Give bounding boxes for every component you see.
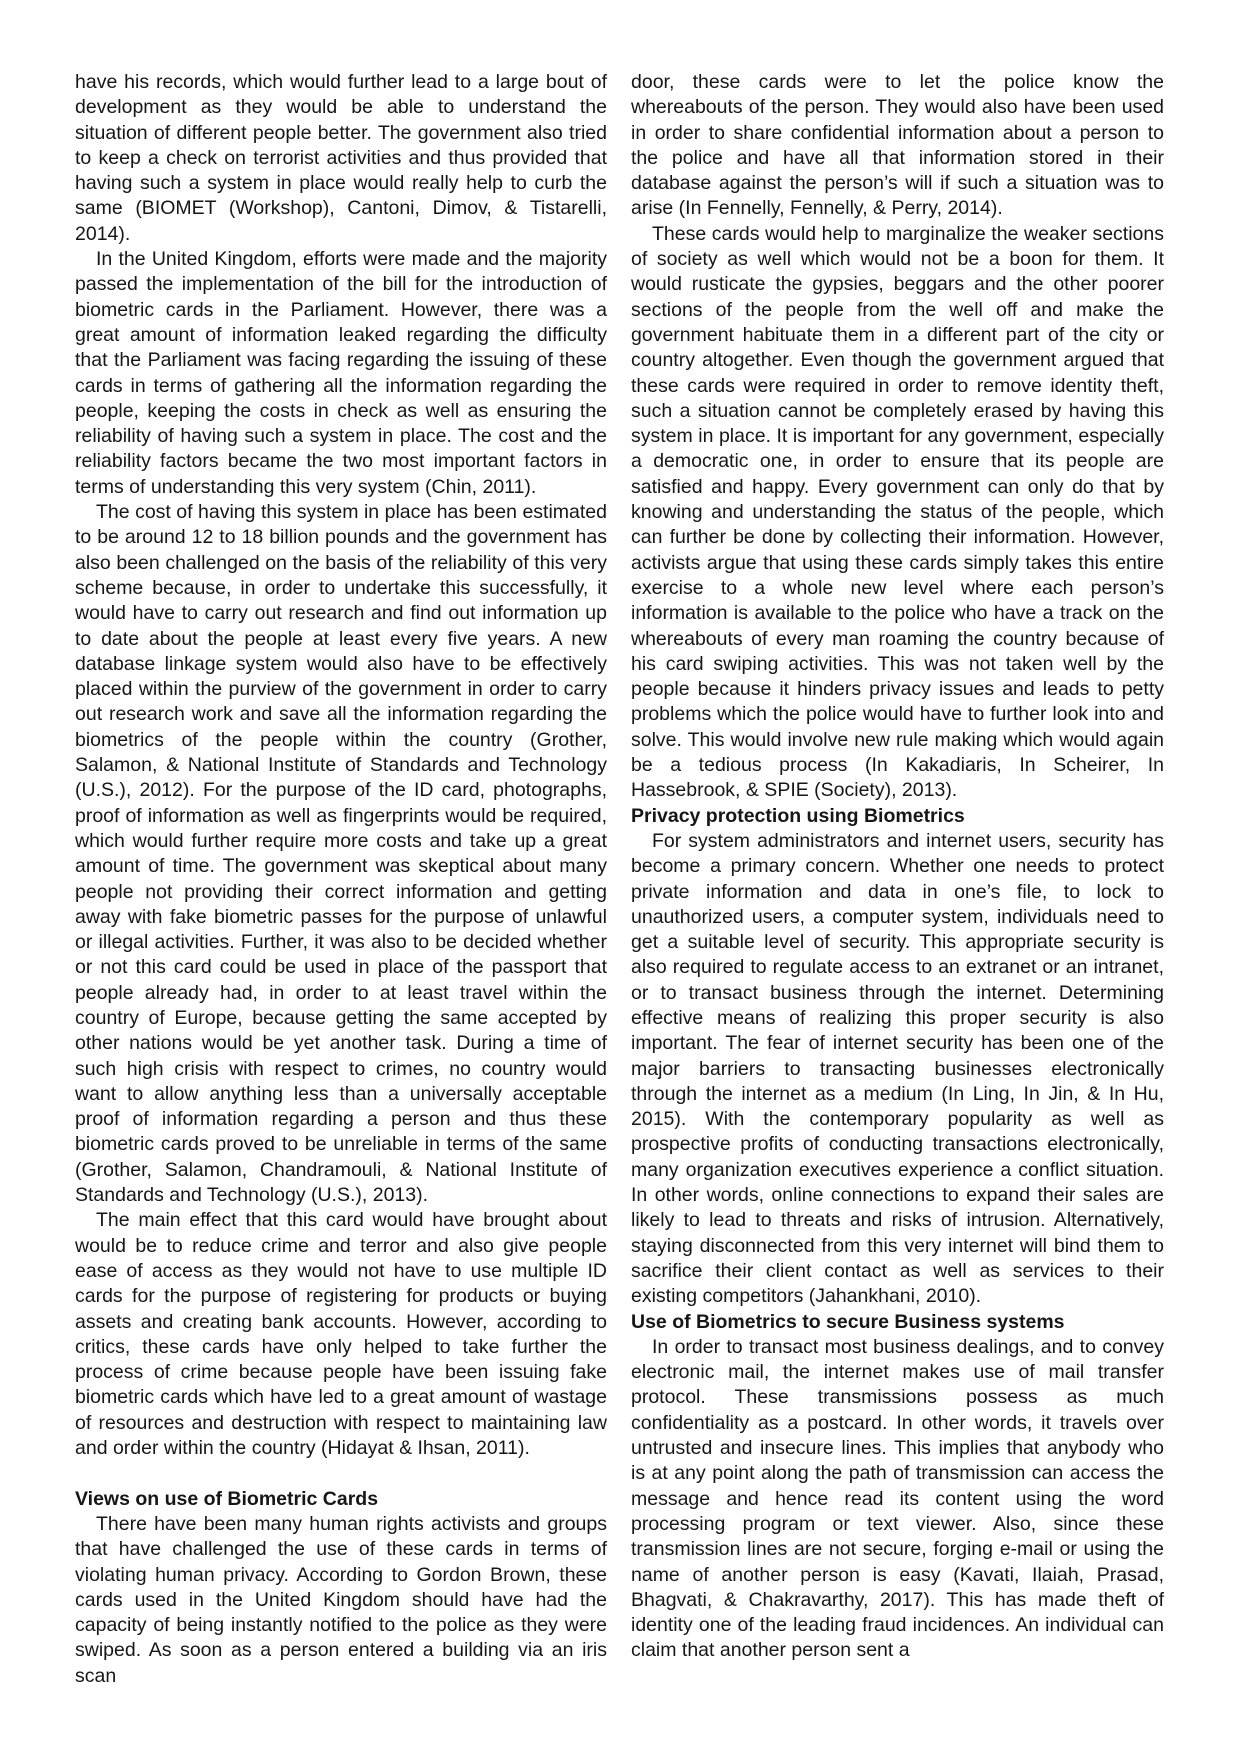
paragraph: have his records, which would further le… <box>75 70 607 247</box>
column-left: have his records, which would further le… <box>75 70 607 1689</box>
document-page: have his records, which would further le… <box>0 0 1241 1754</box>
paragraph: door, these cards were to let the police… <box>631 70 1164 222</box>
paragraph: There have been many human rights activi… <box>75 1512 607 1689</box>
section-heading: Views on use of Biometric Cards <box>75 1487 607 1512</box>
paragraph: In the United Kingdom, efforts were made… <box>75 247 607 500</box>
paragraph: The cost of having this system in place … <box>75 500 607 1208</box>
paragraph: In order to transact most business deali… <box>631 1335 1164 1664</box>
paragraph: These cards would help to marginalize th… <box>631 222 1164 804</box>
paragraph-spacer <box>75 1461 607 1486</box>
two-column-layout: have his records, which would further le… <box>75 70 1164 1689</box>
paragraph: For system administrators and internet u… <box>631 829 1164 1310</box>
section-heading: Privacy protection using Biometrics <box>631 804 1164 829</box>
section-heading: Use of Biometrics to secure Business sys… <box>631 1310 1164 1335</box>
column-right: door, these cards were to let the police… <box>631 70 1164 1689</box>
paragraph: The main effect that this card would hav… <box>75 1208 607 1461</box>
